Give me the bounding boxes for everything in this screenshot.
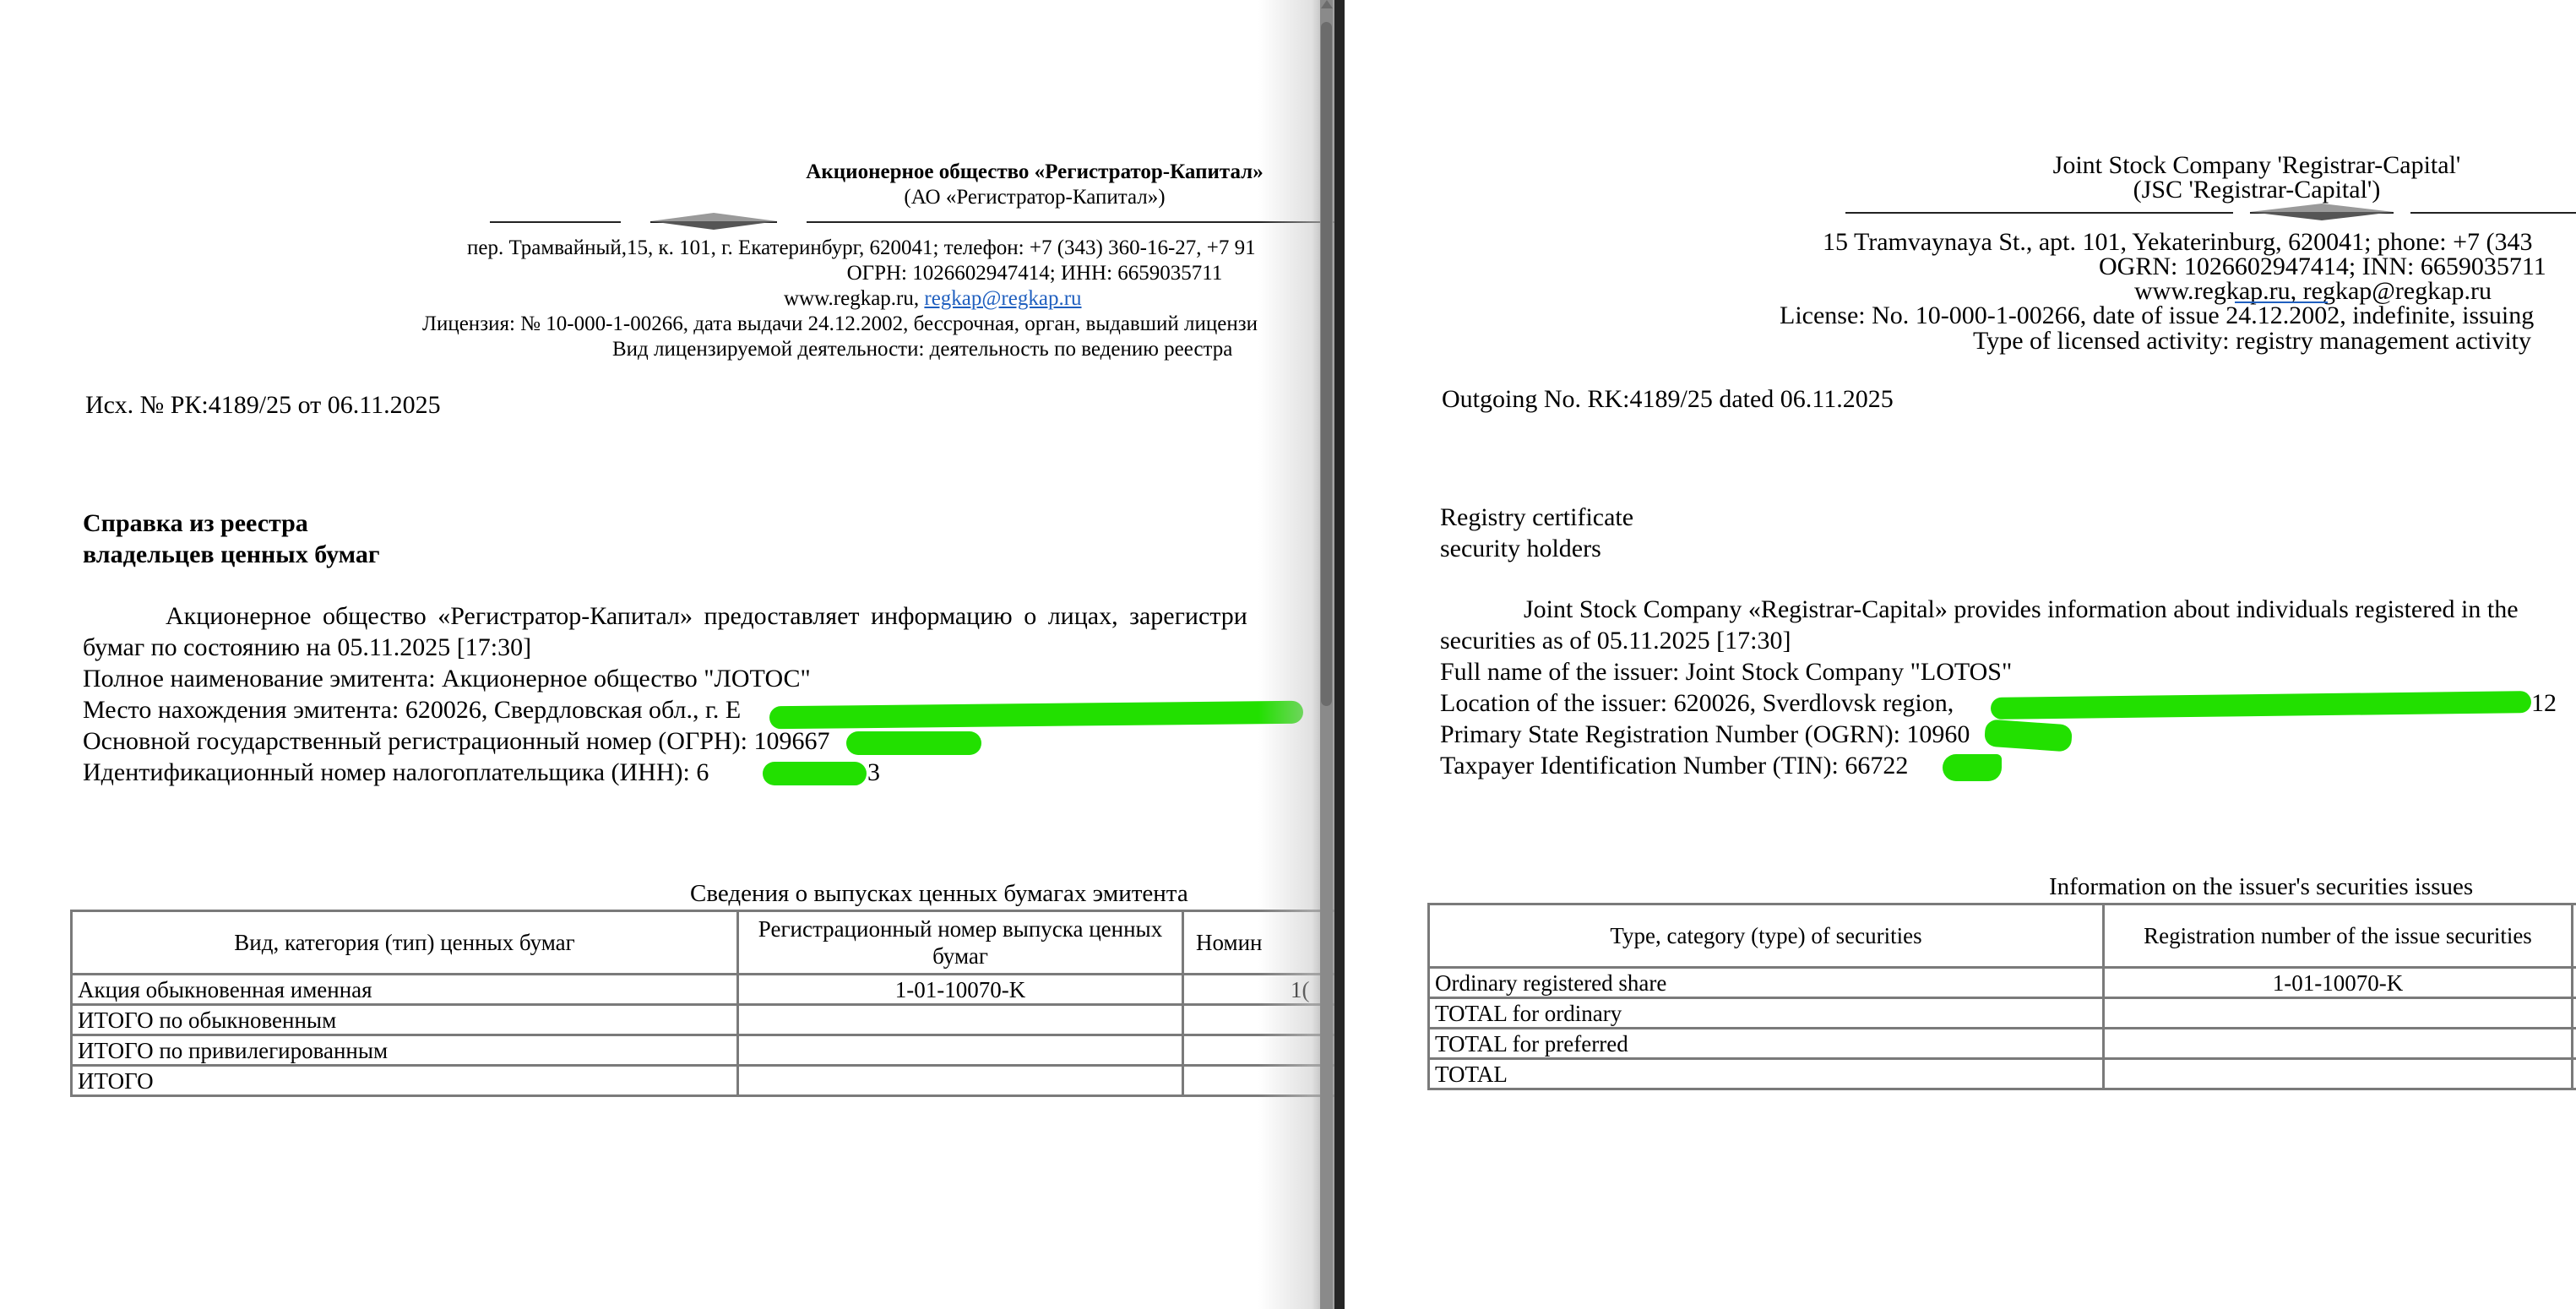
table-cell: Акция обыкновенная именная bbox=[72, 975, 738, 1005]
document-title-line2: security holders bbox=[1440, 535, 1601, 562]
issuer-inn: Идентификационный номер налогоплательщик… bbox=[83, 759, 709, 786]
table-cell bbox=[2573, 1059, 2576, 1089]
table-cell: TOTAL bbox=[1429, 1059, 2104, 1089]
letterhead-activity: Type of licensed activity: registry mana… bbox=[1973, 328, 2531, 355]
table-caption: Сведения о выпусках ценных бумагах эмите… bbox=[690, 880, 1188, 907]
table-row: ИТОГО по обыкновенным bbox=[72, 1005, 1335, 1035]
table-row: Ordinary registered share 1-01-10070-K bbox=[1429, 968, 2576, 998]
table-row: ИТОГО по привилегированным bbox=[72, 1035, 1335, 1066]
table-cell: ИТОГО bbox=[72, 1066, 738, 1096]
column-header: Registration number of the issue securit… bbox=[2104, 904, 2573, 968]
outgoing-number: Исх. № РК:4189/25 от 06.11.2025 bbox=[85, 392, 441, 419]
letterhead-contacts: www.regkap.ru, regkap@regkap.ru bbox=[784, 285, 1082, 312]
intro-line2: securities as of 05.11.2025 [17:30] bbox=[1440, 627, 1791, 654]
pane-splitter[interactable] bbox=[1334, 0, 1345, 1309]
letterhead-ids: ОГРН: 1026602947414; ИНН: 6659035711 bbox=[422, 260, 1334, 287]
issuer-location: Место нахождения эмитента: 620026, Сверд… bbox=[83, 697, 741, 724]
securities-table: Type, category (type) of securities Regi… bbox=[1427, 903, 2576, 1090]
table-cell bbox=[2573, 968, 2576, 998]
table-cell: TOTAL for ordinary bbox=[1429, 998, 2104, 1029]
table-cell: Ordinary registered share bbox=[1429, 968, 2104, 998]
redaction-mark bbox=[1984, 719, 2073, 752]
table-header-row: Type, category (type) of securities Regi… bbox=[1429, 904, 2576, 968]
table-header-row: Вид, категория (тип) ценных бумаг Регист… bbox=[72, 911, 1335, 975]
table-row: TOTAL for ordinary bbox=[1429, 998, 2576, 1029]
issuer-location: Location of the issuer: 620026, Sverdlov… bbox=[1440, 690, 1954, 717]
issuer-ogrn: Primary State Registration Number (OGRN)… bbox=[1440, 721, 1970, 748]
table-cell bbox=[1183, 1005, 1335, 1035]
issuer-ogrn: Основной государственный регистрационный… bbox=[83, 728, 829, 755]
issuer-tin: Taxpayer Identification Number (TIN): 66… bbox=[1440, 752, 1908, 779]
letterhead-activity: Вид лицензируемой деятельности: деятельн… bbox=[612, 336, 1232, 363]
intro-line2: бумаг по состоянию на 05.11.2025 [17:30] bbox=[83, 634, 531, 661]
table-cell: 1( bbox=[1183, 975, 1335, 1005]
table-row: TOTAL for preferred bbox=[1429, 1029, 2576, 1059]
scrollbar-thumb[interactable] bbox=[1321, 22, 1332, 706]
table-cell bbox=[2104, 1059, 2573, 1089]
table-cell bbox=[1183, 1035, 1335, 1066]
table-row: ИТОГО bbox=[72, 1066, 1335, 1096]
email-link[interactable]: regkap@regkap.ru bbox=[924, 287, 1081, 310]
divider-diamond-icon bbox=[2250, 212, 2394, 220]
divider-diamond-icon bbox=[650, 221, 777, 230]
table-cell bbox=[1183, 1066, 1335, 1096]
letterhead-divider bbox=[490, 221, 1334, 223]
outgoing-number: Outgoing No. RK:4189/25 dated 06.11.2025 bbox=[1442, 386, 1894, 413]
redaction-mark bbox=[1991, 691, 2531, 720]
column-header: Вид, категория (тип) ценных бумаг bbox=[72, 911, 738, 975]
table-cell bbox=[738, 1005, 1183, 1035]
letterhead-company: Акционерное общество «Регистратор-Капита… bbox=[422, 159, 1334, 186]
website-text: www.regkap.ru, bbox=[784, 287, 919, 310]
letterhead-license: Лицензия: № 10-000-1-00266, дата выдачи … bbox=[422, 311, 1258, 338]
issuer-inn-tail: 3 bbox=[867, 759, 880, 786]
intro-line1: Акционерное общество «Регистратор-Капита… bbox=[166, 603, 1247, 630]
column-header: Регистрационный номер выпуска ценных бум… bbox=[738, 911, 1183, 975]
table-row: Акция обыкновенная именная 1-01-10070-K … bbox=[72, 975, 1335, 1005]
issuer-location-tail: 12 bbox=[2531, 690, 2557, 717]
table-cell: 1-01-10070-K bbox=[738, 975, 1183, 1005]
redaction-mark bbox=[1943, 754, 2002, 781]
document-title-line2: владельцев ценных бумаг bbox=[83, 541, 380, 568]
redaction-mark bbox=[763, 762, 867, 785]
table-cell: ИТОГО по привилегированным bbox=[72, 1035, 738, 1066]
table-row: TOTAL bbox=[1429, 1059, 2576, 1089]
table-cell: ИТОГО по обыкновенным bbox=[72, 1005, 738, 1035]
intro-line1: Joint Stock Company «Registrar-Capital» … bbox=[1524, 596, 2519, 623]
issuer-name: Полное наименование эмитента: Акционерно… bbox=[83, 665, 811, 693]
table-cell bbox=[2573, 998, 2576, 1029]
divider-diamond-icon bbox=[650, 213, 777, 221]
table-cell: 1-01-10070-K bbox=[2104, 968, 2573, 998]
letterhead-address: пер. Трамвайный,15, к. 101, г. Екатеринб… bbox=[467, 235, 1256, 262]
table-cell: TOTAL for preferred bbox=[1429, 1029, 2104, 1059]
divider-diamond-icon bbox=[2250, 204, 2394, 212]
table-cell bbox=[2573, 1029, 2576, 1059]
letterhead-short-name: (АО «Регистратор-Капитал») bbox=[422, 184, 1334, 211]
table-caption: Information on the issuer's securities i… bbox=[2049, 873, 2473, 900]
right-document-pane[interactable]: Joint Stock Company 'Registrar-Capital' … bbox=[1345, 0, 2576, 1309]
letterhead-divider bbox=[1845, 212, 2576, 214]
redaction-mark bbox=[846, 731, 981, 755]
letterhead-license: License: No. 10-000-1-00266, date of iss… bbox=[1780, 302, 2534, 329]
scroll-up-arrow-icon[interactable] bbox=[1321, 0, 1333, 8]
column-header: Type, category (type) of securities bbox=[1429, 904, 2104, 968]
letterhead-short-name: (JSC 'Registrar-Capital') bbox=[2020, 177, 2493, 204]
table-cell bbox=[2104, 998, 2573, 1029]
document-title-line1: Registry certificate bbox=[1440, 504, 1633, 531]
table-cell bbox=[738, 1035, 1183, 1066]
column-header: Номин bbox=[1183, 911, 1335, 975]
table-cell bbox=[738, 1066, 1183, 1096]
redaction-mark bbox=[769, 701, 1303, 730]
left-document-pane[interactable]: Акционерное общество «Регистратор-Капита… bbox=[0, 0, 1334, 1309]
column-header bbox=[2573, 904, 2576, 968]
document-title-line1: Справка из реестра bbox=[83, 510, 308, 537]
issuer-name: Full name of the issuer: Joint Stock Com… bbox=[1440, 659, 2012, 686]
table-cell bbox=[2104, 1029, 2573, 1059]
securities-table: Вид, категория (тип) ценных бумаг Регист… bbox=[70, 910, 1334, 1097]
